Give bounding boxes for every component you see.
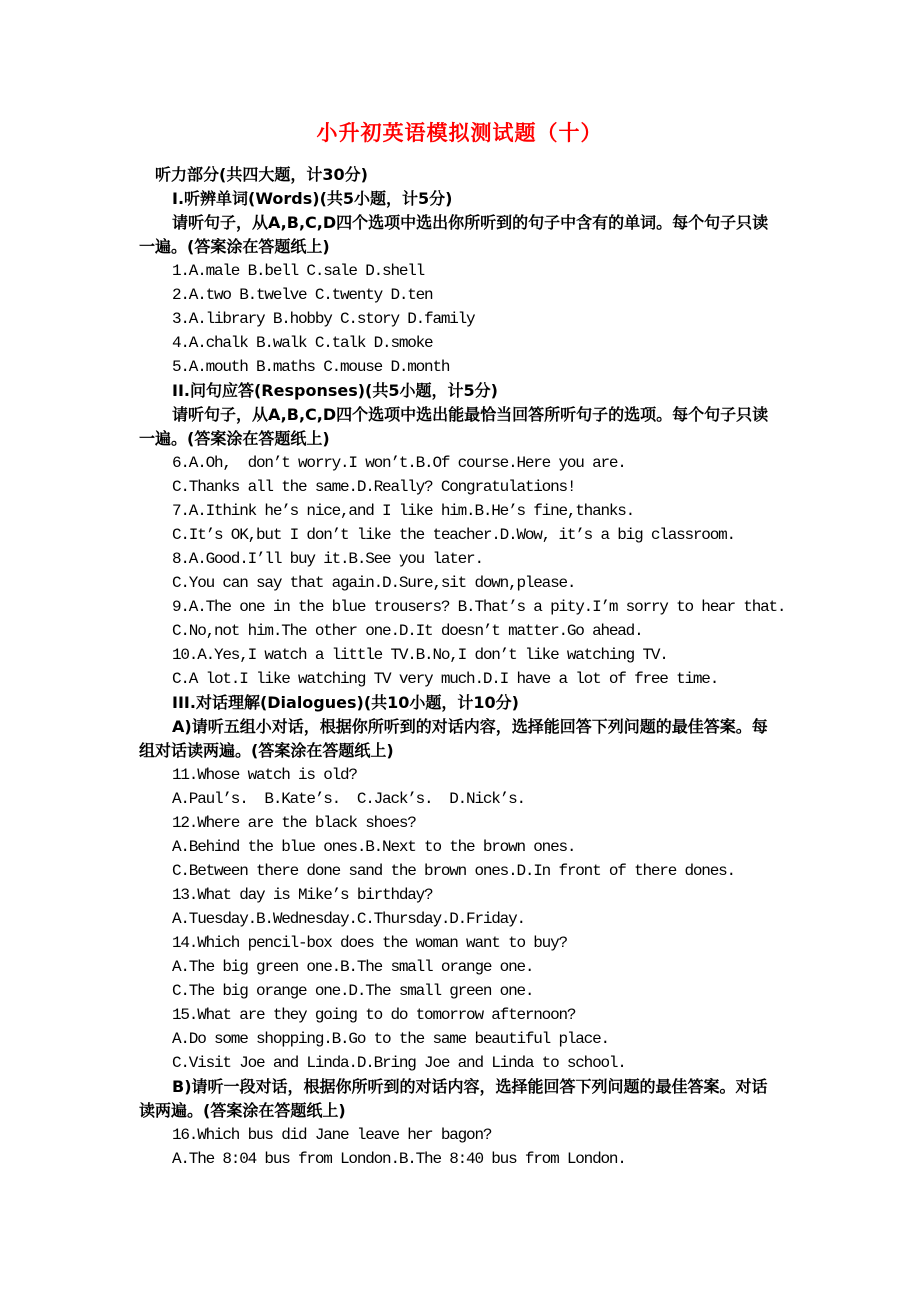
document-line: 2.A.two B.twelve C.twenty D.ten bbox=[139, 283, 780, 307]
document-line: C.The big orange one.D.The small green o… bbox=[139, 979, 780, 1003]
document-line: C.Thanks all the same.D.Really? Congratu… bbox=[139, 475, 780, 499]
document-line: A.The 8:04 bus from London.B.The 8:40 bu… bbox=[139, 1147, 780, 1171]
document-line: 一遍。(答案涂在答题纸上) bbox=[139, 235, 780, 259]
document-line: III.对话理解(Dialogues)(共10小题，计10分) bbox=[139, 691, 780, 715]
document-line: 请听句子，从A,B,C,D四个选项中选出你所听到的句子中含有的单词。每个句子只读 bbox=[139, 211, 780, 235]
document-line: C.You can say that again.D.Sure,sit down… bbox=[139, 571, 780, 595]
document-line: 4.A.chalk B.walk C.talk D.smoke bbox=[139, 331, 780, 355]
document-line: C.Between there done sand the brown ones… bbox=[139, 859, 780, 883]
document-line: 11.Whose watch is old? bbox=[139, 763, 780, 787]
document-line: B)请听一段对话，根据你所听到的对话内容，选择能回答下列问题的最佳答案。对话 bbox=[139, 1075, 780, 1099]
document-line: C.It’s OK,but I don’t like the teacher.D… bbox=[139, 523, 780, 547]
document-line: 8.A.Good.I’ll buy it.B.See you later. bbox=[139, 547, 780, 571]
document-line: 10.A.Yes,I watch a little TV.B.No,I don’… bbox=[139, 643, 780, 667]
document-line: A.Behind the blue ones.B.Next to the bro… bbox=[139, 835, 780, 859]
document-line: A.Paul’s. B.Kate’s. C.Jack’s. D.Nick’s. bbox=[139, 787, 780, 811]
document-line: 13.What day is Mike’s birthday? bbox=[139, 883, 780, 907]
document-line: 5.A.mouth B.maths C.mouse D.month bbox=[139, 355, 780, 379]
document-line: I.听辨单词(Words)(共5小题，计5分) bbox=[139, 187, 780, 211]
document-line: 1.A.male B.bell C.sale D.shell bbox=[139, 259, 780, 283]
document-content: 听力部分(共四大题，计30分)I.听辨单词(Words)(共5小题，计5分)请听… bbox=[139, 163, 780, 1171]
page-title: 小升初英语模拟测试题（十） bbox=[139, 116, 780, 150]
document-line: A.Tuesday.B.Wednesday.C.Thursday.D.Frida… bbox=[139, 907, 780, 931]
document-line: C.A lot.I like watching TV very much.D.I… bbox=[139, 667, 780, 691]
document-line: 听力部分(共四大题，计30分) bbox=[139, 163, 780, 187]
document-line: 一遍。(答案涂在答题纸上) bbox=[139, 427, 780, 451]
document-line: C.Visit Joe and Linda.D.Bring Joe and Li… bbox=[139, 1051, 780, 1075]
document-line: II.问句应答(Responses)(共5小题，计5分) bbox=[139, 379, 780, 403]
document-line: 组对话读两遍。(答案涂在答题纸上) bbox=[139, 739, 780, 763]
document-line: A)请听五组小对话，根据你所听到的对话内容，选择能回答下列问题的最佳答案。每 bbox=[139, 715, 780, 739]
document-line: C.No,not him.The other one.D.It doesn’t … bbox=[139, 619, 780, 643]
document-line: 14.Which pencil-box does the woman want … bbox=[139, 931, 780, 955]
document-line: A.The big green one.B.The small orange o… bbox=[139, 955, 780, 979]
document-line: 15.What are they going to do tomorrow af… bbox=[139, 1003, 780, 1027]
document-line: 9.A.The one in the blue trousers? B.That… bbox=[139, 595, 780, 619]
document-line: 12.Where are the black shoes? bbox=[139, 811, 780, 835]
document-line: 请听句子，从A,B,C,D四个选项中选出能最恰当回答所听句子的选项。每个句子只读 bbox=[139, 403, 780, 427]
document-line: 读两遍。(答案涂在答题纸上) bbox=[139, 1099, 780, 1123]
test-paper-page: 小升初英语模拟测试题（十） 听力部分(共四大题，计30分)I.听辨单词(Word… bbox=[0, 0, 920, 1302]
document-line: 16.Which bus did Jane leave her bagon? bbox=[139, 1123, 780, 1147]
document-line: 7.A.Ithink he’s nice,and I like him.B.He… bbox=[139, 499, 780, 523]
document-line: 6.A.Oh, don’t worry.I won’t.B.Of course.… bbox=[139, 451, 780, 475]
document-line: 3.A.library B.hobby C.story D.family bbox=[139, 307, 780, 331]
document-line: A.Do some shopping.B.Go to the same beau… bbox=[139, 1027, 780, 1051]
